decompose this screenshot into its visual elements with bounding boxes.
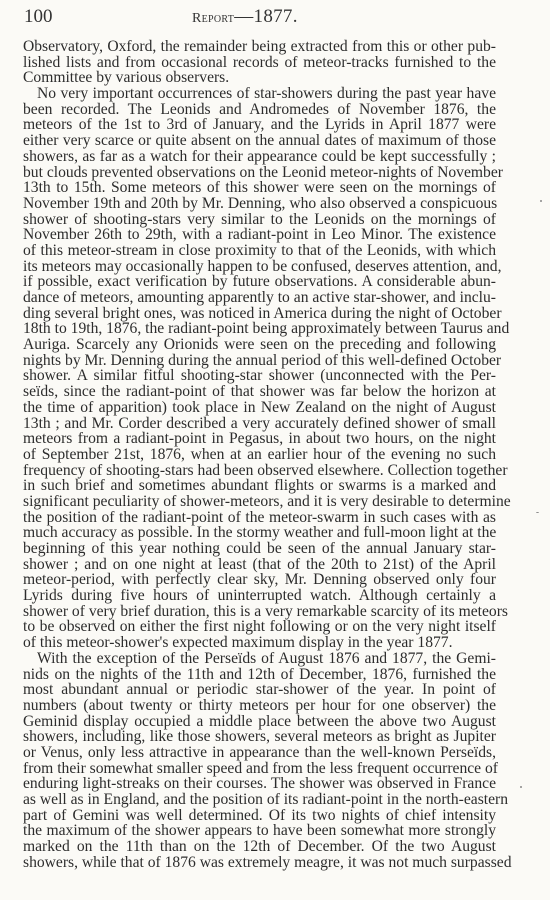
body-text: Observatory, Oxford, the remainder being…: [23, 39, 496, 870]
text-line: most abundant annual or periodic star-sh…: [23, 682, 496, 698]
running-head: Report—1877.: [192, 6, 298, 28]
text-line: shower of shooting-stars very similar to…: [23, 212, 496, 228]
text-line: Geminid display occupied a middle place …: [23, 714, 496, 730]
text-line: November 26th to 29th, with a radiant-po…: [23, 227, 496, 243]
text-line: beginning of this year nothing could be …: [23, 541, 496, 557]
text-line: meteors of the 1st to 3rd of January, an…: [23, 117, 496, 133]
text-line: Lyrids during five hours of uninterrupte…: [23, 588, 496, 604]
text-line: the time of apparition) took place in Ne…: [23, 400, 496, 416]
text-line: showers, while that of 1876 was extremel…: [23, 855, 496, 871]
text-line: showers, as far as a watch for their app…: [23, 149, 496, 165]
text-line: nids on the nights of the 11th and 12th …: [23, 667, 496, 683]
page-number: 100: [24, 6, 53, 28]
scan-speck: [520, 786, 522, 788]
scan-speck: [540, 200, 542, 202]
text-line: showers, including, like those showers, …: [23, 729, 496, 745]
text-line: meteors from a radiant-point in Pegasus,…: [23, 431, 496, 447]
text-line: in such brief and sometimes abundant fli…: [23, 478, 496, 494]
text-line: November 19th and 20th by Mr. Denning, w…: [23, 196, 496, 212]
running-head-title: Report: [192, 11, 234, 26]
text-line: No very important occurrences of star-sh…: [23, 86, 496, 102]
text-line: seïds, since the radiant-point of that s…: [23, 384, 496, 400]
text-line: enduring light-streaks on their courses.…: [23, 776, 496, 792]
text-line: of this meteor-stream in close proximity…: [23, 243, 496, 259]
text-line: significant peculiarity of shower-meteor…: [23, 494, 496, 510]
text-line: the position of the radiant-point of the…: [23, 510, 496, 526]
text-line: nights by Mr. Denning during the annual …: [23, 353, 496, 369]
text-line: much accuracy as possible. In the stormy…: [23, 525, 496, 541]
text-line: 13th ; and Mr. Corder described a very a…: [23, 416, 496, 432]
document-page: 100 Report—1877. Observatory, Oxford, th…: [0, 0, 550, 900]
text-line: ding several bright ones, was noticed in…: [23, 306, 496, 322]
text-line: of September 21st, 1876, when at an earl…: [23, 447, 496, 463]
text-line: marked on the 11th than on the 12th of D…: [23, 839, 496, 855]
text-line: shower ; and on one night at least (that…: [23, 557, 496, 573]
text-line: Auriga. Scarcely any Orionids were seen …: [23, 337, 496, 353]
text-line: if possible, exact verification by futur…: [23, 274, 496, 290]
scan-speck: [536, 512, 539, 513]
text-line: its meteors may occasionally happen to b…: [23, 259, 496, 275]
page-header: 100 Report—1877.: [24, 4, 524, 26]
text-line: the maximum of the shower appears to hav…: [23, 823, 496, 839]
text-line: or Venus, only less attractive in appear…: [23, 745, 496, 761]
running-head-year: —1877.: [234, 6, 298, 27]
text-line: of this meteor-shower's expected maximum…: [23, 635, 496, 651]
text-line: as well as in England, and the position …: [23, 792, 496, 808]
text-line: numbers (about twenty or thirty meteors …: [23, 698, 496, 714]
text-line: from their somewhat smaller speed and fr…: [23, 761, 496, 777]
text-line: part of Gemini was well determined. Of i…: [23, 808, 496, 824]
text-line: to be observed on either the first night…: [23, 619, 496, 635]
text-line: lished lists and from occasional records…: [23, 55, 496, 71]
text-line: meteor-period, with perfectly clear sky,…: [23, 572, 496, 588]
text-line: but clouds prevented observations on the…: [23, 165, 496, 181]
text-line: dance of meteors, amounting apparently t…: [23, 290, 496, 306]
text-line: shower. A similar fitful shooting-star s…: [23, 368, 496, 384]
text-line: With the exception of the Perseïds of Au…: [23, 651, 496, 667]
text-line: been recorded. The Leonids and Andromede…: [23, 102, 496, 118]
text-line: 13th to 15th. Some meteors of this showe…: [23, 180, 496, 196]
text-line: frequency of shooting-stars had been obs…: [23, 463, 496, 479]
text-line: 18th to 19th, 1876, the radiant-point be…: [23, 321, 496, 337]
text-line: Observatory, Oxford, the remainder being…: [23, 39, 496, 55]
text-line: Committee by various observers.: [23, 70, 496, 86]
text-line: shower of very brief duration, this is a…: [23, 604, 496, 620]
text-line: either very scarce or quite absent on th…: [23, 133, 496, 149]
